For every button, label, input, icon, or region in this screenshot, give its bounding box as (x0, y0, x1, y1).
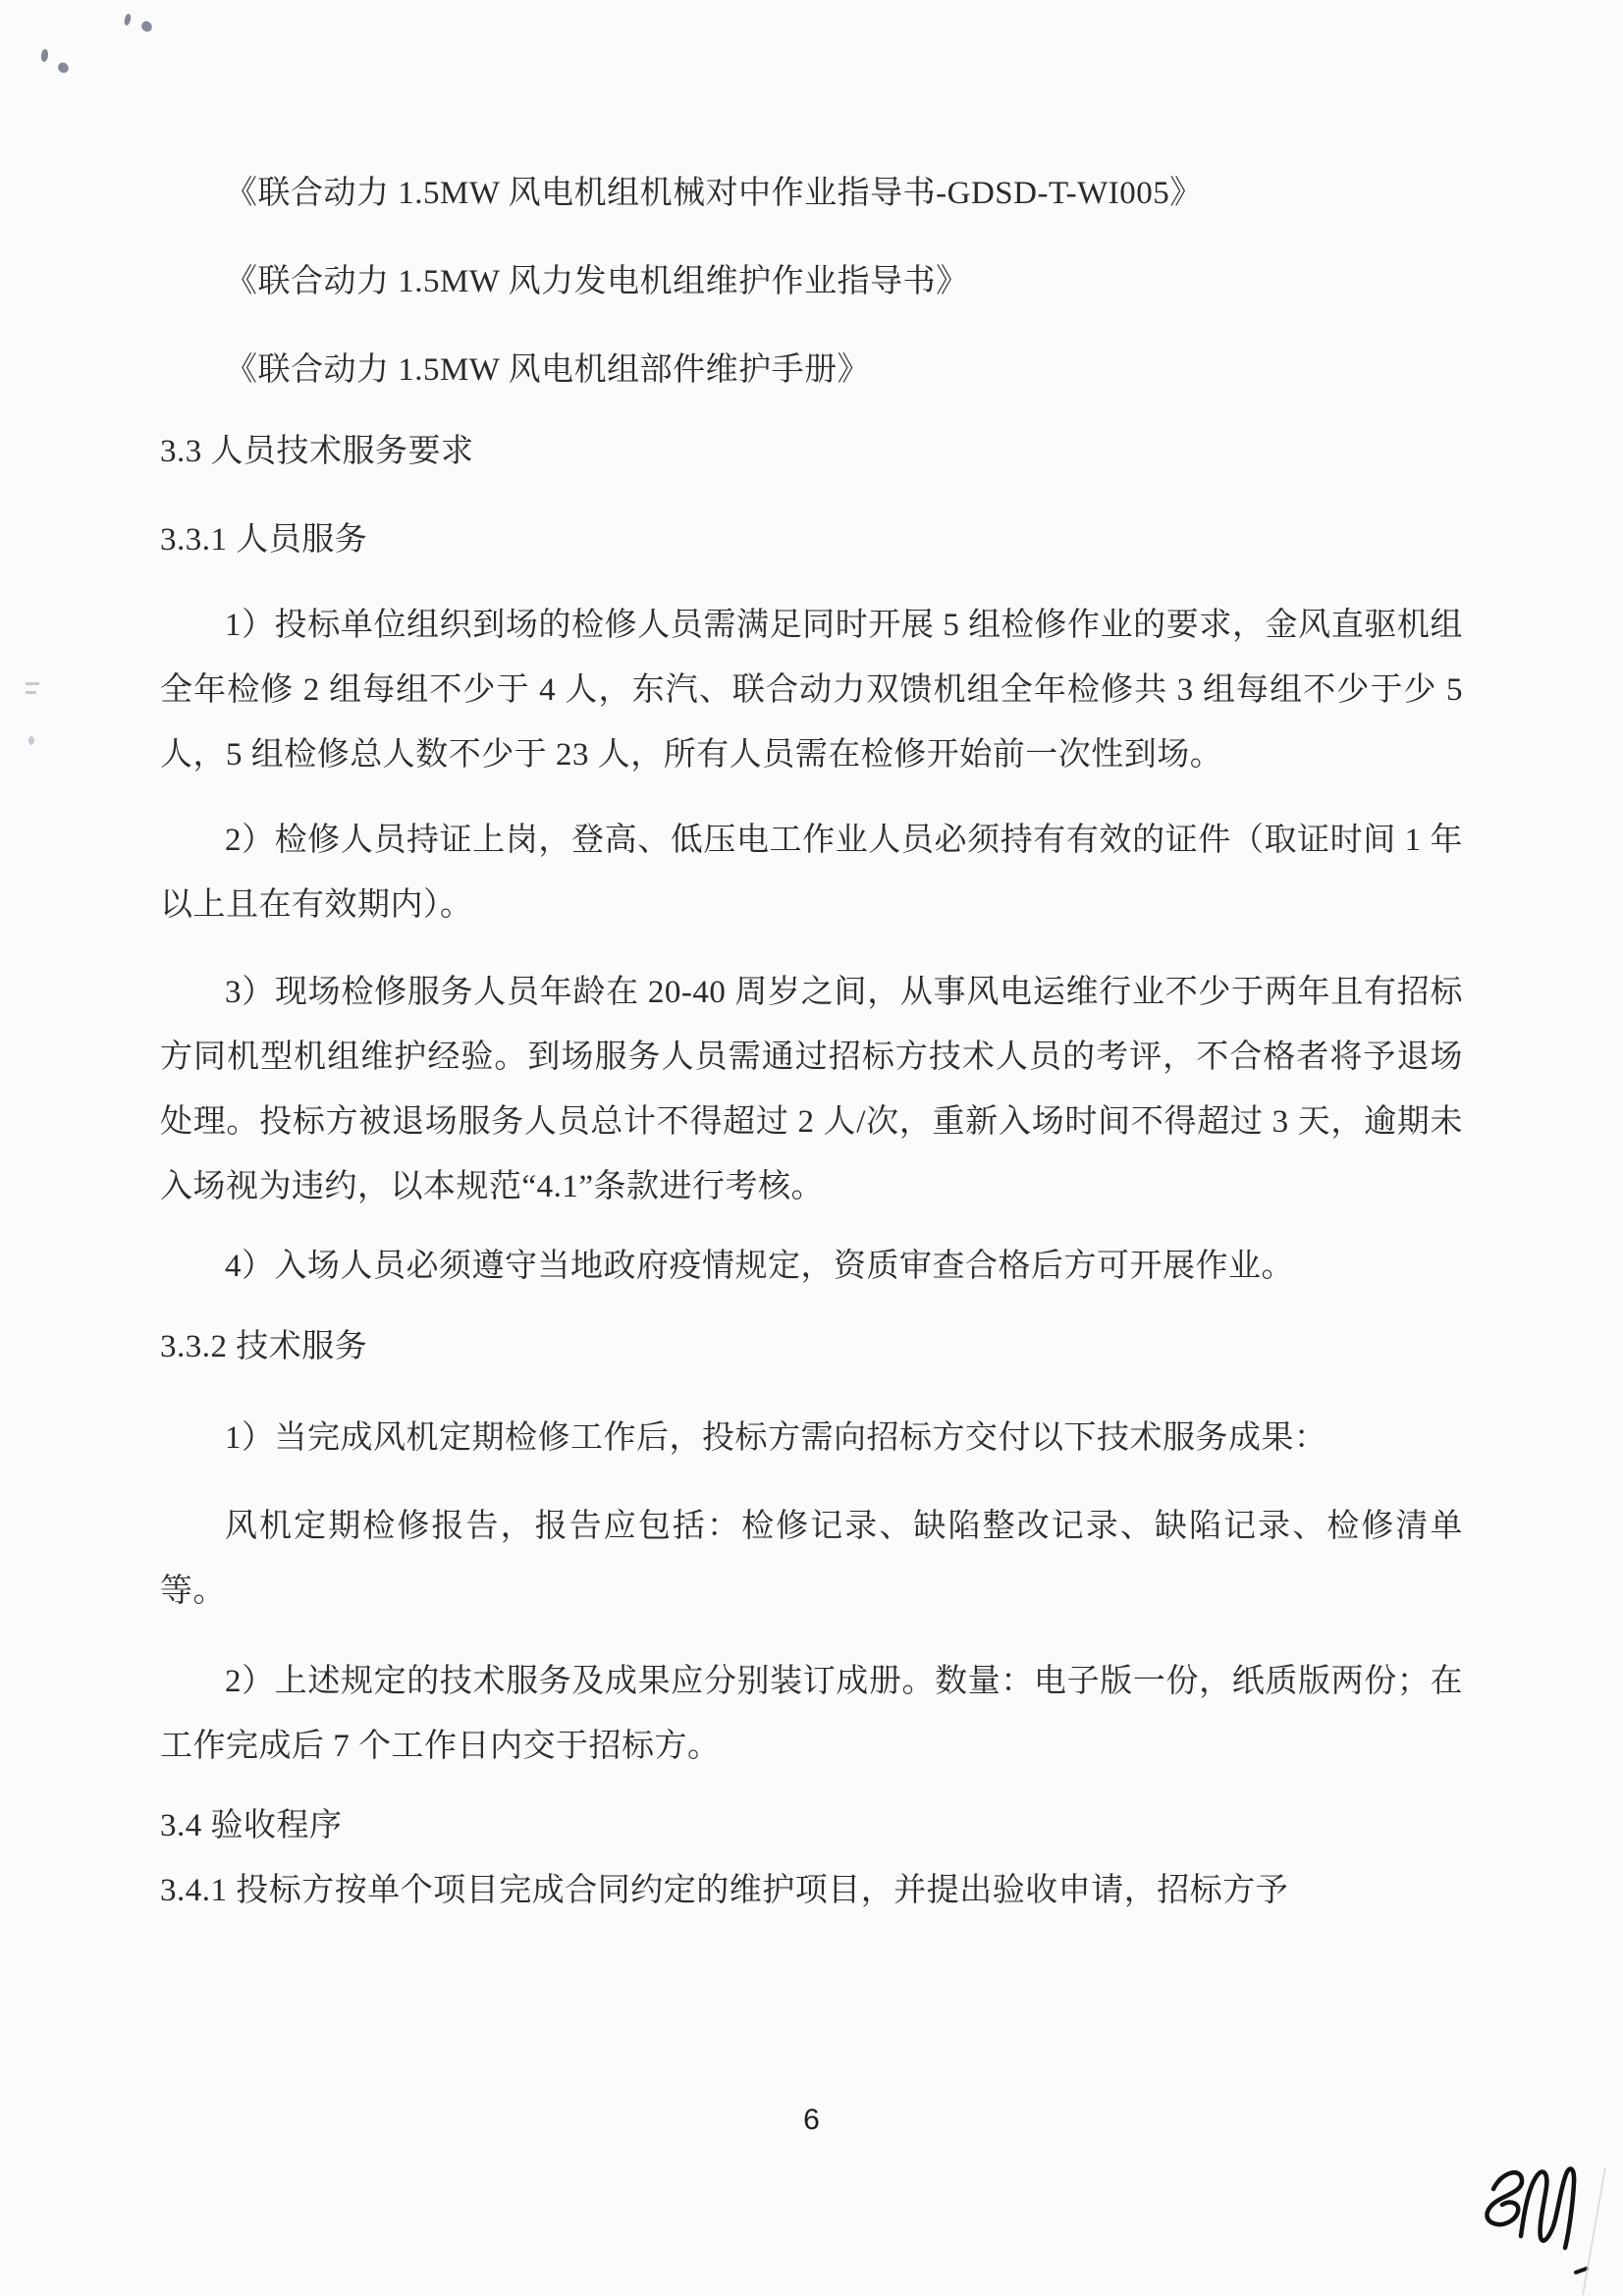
scan-artifact (28, 736, 34, 745)
body-paragraph: 风机定期检修报告，报告应包括：检修记录、缺陷整改记录、缺陷记录、检修清单等。 (160, 1494, 1463, 1624)
body-paragraph: 4）入场人员必须遵守当地政府疫情规定，资质审查合格后方可开展作业。 (160, 1234, 1463, 1299)
handwritten-signature (1429, 2140, 1623, 2296)
scan-artifact (26, 682, 39, 685)
body-paragraph: 2）上述规定的技术服务及成果应分别装订成册。数量：电子版一份，纸质版两份；在工作… (160, 1649, 1463, 1779)
document-page: 《联合动力 1.5MW 风电机组机械对中作业指导书-GDSD-T-WI005》 … (0, 0, 1623, 2296)
section-heading: 3.3.1 人员服务 (160, 507, 1463, 572)
ink-speck (40, 49, 49, 63)
page-number: 6 (0, 2104, 1623, 2137)
section-heading: 3.3.2 技术服务 (160, 1314, 1463, 1379)
scan-artifact (26, 691, 36, 694)
body-paragraph: 2）检修人员持证上岗，登高、低压电工作业人员必须持有有效的证件（取证时间 1 年… (160, 808, 1463, 937)
ink-speck (56, 61, 71, 75)
body-paragraph: 3）现场检修服务人员年龄在 20-40 周岁之间，从事风电运维行业不少于两年且有… (160, 960, 1463, 1219)
body-paragraph: 3.4.1 投标方按单个项目完成合同约定的维护项目，并提出验收申请，招标方予 (160, 1858, 1463, 1923)
doc-reference-line: 《联合动力 1.5MW 风力发电机组维护作业指导书》 (160, 249, 1463, 314)
doc-reference-line: 《联合动力 1.5MW 风电机组部件维护手册》 (160, 338, 1463, 402)
ink-speck (124, 13, 133, 26)
section-heading: 3.4 验收程序 (160, 1793, 1463, 1858)
body-paragraph: 1）当完成风机定期检修工作后，投标方需向招标方交付以下技术服务成果： (160, 1406, 1463, 1470)
ink-speck (139, 20, 154, 34)
document-body: 《联合动力 1.5MW 风电机组机械对中作业指导书-GDSD-T-WI005》 … (160, 161, 1463, 1923)
body-paragraph: 1）投标单位组织到场的检修人员需满足同时开展 5 组检修作业的要求，金风直驱机组… (160, 593, 1463, 787)
doc-reference-line: 《联合动力 1.5MW 风电机组机械对中作业指导书-GDSD-T-WI005》 (160, 161, 1463, 226)
section-heading: 3.3 人员技术服务要求 (160, 419, 1463, 484)
